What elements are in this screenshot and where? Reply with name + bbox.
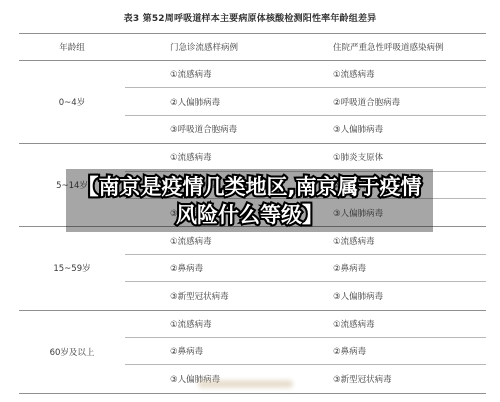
watermark-smudge [198,380,293,388]
pathogen-cell: ①流感病毒 [333,68,486,80]
header-sari-cases: 住院严重急性呼吸道感染病例 [333,41,486,53]
pathogen-cell: ①流感病毒 [125,318,333,330]
pathogen-cell: ②鼻病毒 [125,262,333,274]
pathogen-cell: ①流感病毒 [333,235,486,247]
pathogen-cell: ①流感病毒 [125,235,333,247]
table-title: 表3 第52周呼吸道样本主要病原体核酸检测阳性率年龄组差异 [0,11,500,24]
header-age-group: 年龄组 [19,41,125,53]
pathogen-cell: ①流感病毒 [125,68,333,80]
table-row: 15~59岁 ①流感病毒 ①流感病毒 ②鼻病毒 ②鼻病毒 ③新型冠状病毒 ③人偏… [19,227,486,310]
pathogen-cell: ②鼻病毒 [333,262,486,274]
pathogen-cell: ③新型冠状病毒 [333,373,486,385]
pathogen-cell: ①流感病毒 [125,151,333,163]
pathogen-cell: ③呼吸道合胞病毒 [125,123,333,135]
overlay-text-line-2: 风险什么等级】 [176,201,323,229]
pathogen-cell: ③人偏肺病毒 [333,290,486,302]
pathogen-cell: ②人偏肺病毒 [125,96,333,108]
article-table-screenshot: 表3 第52周呼吸道样本主要病原体核酸检测阳性率年龄组差异 年龄组 门急诊流感样… [0,0,500,402]
pathogen-cell: ①流感病毒 [333,318,486,330]
caption-overlay: 【南京是疫情几类地区,南京属于疫情 风险什么等级】 [66,169,433,232]
age-group-label: 0~4岁 [19,61,125,143]
pathogen-cell: ③人偏肺病毒 [333,123,486,135]
pathogen-cell: ③新型冠状病毒 [125,290,333,302]
table-header-row: 年龄组 门急诊流感样病例 住院严重急性呼吸道感染病例 [19,34,486,61]
pathogen-cell: ②呼吸道合胞病毒 [333,96,486,108]
header-ili-cases: 门急诊流感样病例 [125,41,333,53]
pathogen-cell: ①肺炎支原体 [333,151,486,163]
age-group-label: 15~59岁 [19,227,125,309]
age-group-label: 60岁及以上 [19,311,125,393]
pathogen-cell: ②鼻病毒 [125,345,333,357]
overlay-text-line-1: 【南京是疫情几类地区,南京属于疫情 [78,173,422,201]
table-row: 0~4岁 ①流感病毒 ①流感病毒 ②人偏肺病毒 ②呼吸道合胞病毒 ③呼吸道合胞病… [19,61,486,144]
pathogen-cell: ②鼻病毒 [333,345,486,357]
